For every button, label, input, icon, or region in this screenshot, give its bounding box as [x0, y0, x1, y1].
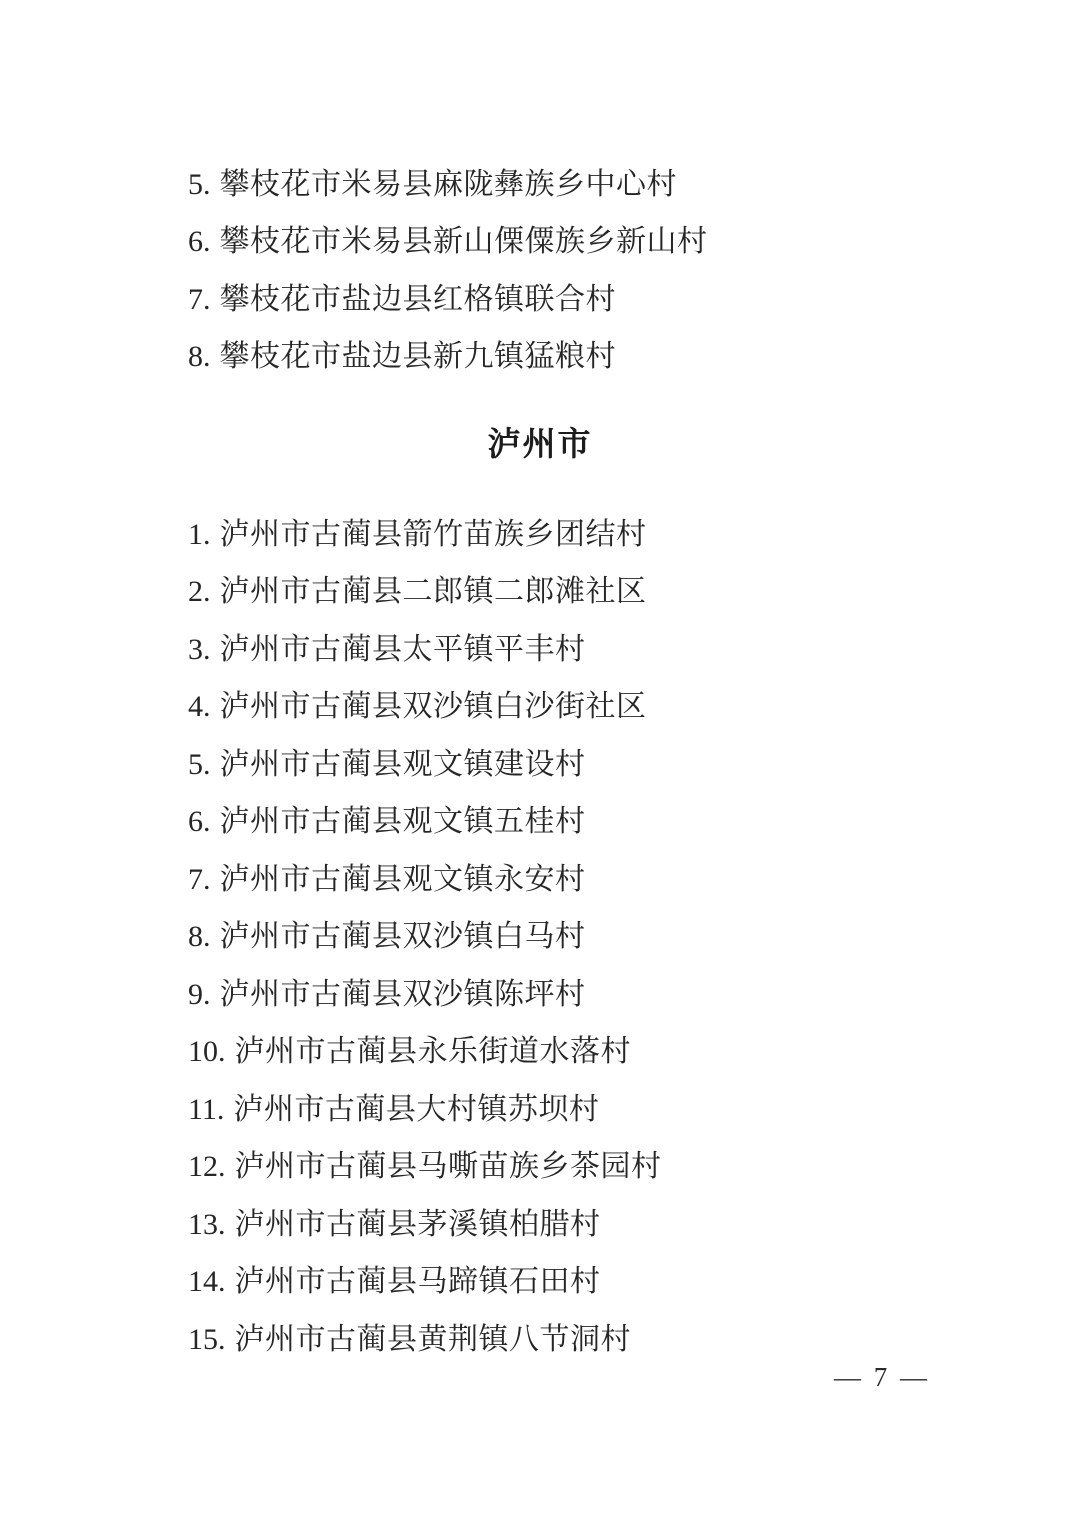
- list-item: 2. 泸州市古蔺县二郎镇二郎滩社区: [188, 564, 1020, 622]
- item-number: 14.: [188, 1267, 226, 1297]
- document-page: 5. 攀枝花市米易县麻陇彝族乡中心村 6. 攀枝花市米易县新山傈僳族乡新山村 7…: [0, 0, 1080, 1527]
- list-item: 3. 泸州市古蔺县太平镇平丰村: [188, 621, 1020, 679]
- item-number: 11.: [188, 1095, 224, 1125]
- item-number: 8.: [188, 922, 211, 952]
- page-number: — 7 —: [834, 1362, 930, 1393]
- list-item: 8. 泸州市古蔺县双沙镇白马村: [188, 909, 1020, 967]
- item-number: 5.: [188, 170, 211, 200]
- item-number: 10.: [188, 1037, 226, 1067]
- item-number: 5.: [188, 750, 211, 780]
- item-number: 4.: [188, 692, 211, 722]
- item-text: 泸州市古蔺县观文镇五桂村: [220, 807, 586, 837]
- list-item: 6. 攀枝花市米易县新山傈僳族乡新山村: [188, 214, 1020, 272]
- item-text: 泸州市古蔺县马蹄镇石田村: [235, 1267, 601, 1297]
- item-number: 9.: [188, 980, 211, 1010]
- item-text: 攀枝花市盐边县红格镇联合村: [220, 285, 617, 315]
- item-text: 攀枝花市米易县麻陇彝族乡中心村: [220, 170, 678, 200]
- section-heading-luzhou: 泸州市: [0, 419, 1080, 469]
- list-item: 6. 泸州市古蔺县观文镇五桂村: [188, 794, 1020, 852]
- list-item: 7. 攀枝花市盐边县红格镇联合村: [188, 271, 1020, 329]
- item-number: 3.: [188, 635, 211, 665]
- item-text: 泸州市古蔺县黄荆镇八节洞村: [235, 1325, 632, 1355]
- item-text: 泸州市古蔺县观文镇建设村: [220, 750, 586, 780]
- item-text: 泸州市古蔺县二郎镇二郎滩社区: [220, 577, 647, 607]
- item-number: 7.: [188, 865, 211, 895]
- item-text: 攀枝花市米易县新山傈僳族乡新山村: [220, 227, 708, 257]
- list-item: 15. 泸州市古蔺县黄荆镇八节洞村: [188, 1311, 1020, 1369]
- item-number: 6.: [188, 227, 211, 257]
- item-number: 6.: [188, 807, 211, 837]
- list-item: 8. 攀枝花市盐边县新九镇猛粮村: [188, 329, 1020, 387]
- item-number: 15.: [188, 1325, 226, 1355]
- item-number: 7.: [188, 285, 211, 315]
- panzhihua-village-list: 5. 攀枝花市米易县麻陇彝族乡中心村 6. 攀枝花市米易县新山傈僳族乡新山村 7…: [188, 156, 1020, 386]
- list-item: 12. 泸州市古蔺县马嘶苗族乡茶园村: [188, 1139, 1020, 1197]
- list-item: 5. 攀枝花市米易县麻陇彝族乡中心村: [188, 156, 1020, 214]
- item-text: 泸州市古蔺县太平镇平丰村: [220, 635, 586, 665]
- item-text: 泸州市古蔺县大村镇苏坝村: [233, 1095, 599, 1125]
- luzhou-village-list: 1. 泸州市古蔺县箭竹苗族乡团结村 2. 泸州市古蔺县二郎镇二郎滩社区 3. 泸…: [188, 506, 1020, 1369]
- list-item: 4. 泸州市古蔺县双沙镇白沙街社区: [188, 679, 1020, 737]
- item-text: 泸州市古蔺县茅溪镇柏腊村: [235, 1210, 601, 1240]
- item-text: 泸州市古蔺县箭竹苗族乡团结村: [220, 520, 647, 550]
- item-number: 12.: [188, 1152, 226, 1182]
- list-item: 1. 泸州市古蔺县箭竹苗族乡团结村: [188, 506, 1020, 564]
- item-text: 攀枝花市盐边县新九镇猛粮村: [220, 342, 617, 372]
- item-number: 2.: [188, 577, 211, 607]
- item-number: 1.: [188, 520, 211, 550]
- item-number: 13.: [188, 1210, 226, 1240]
- item-text: 泸州市古蔺县双沙镇陈坪村: [220, 980, 586, 1010]
- item-text: 泸州市古蔺县双沙镇白马村: [220, 922, 586, 952]
- item-text: 泸州市古蔺县观文镇永安村: [220, 865, 586, 895]
- list-item: 14. 泸州市古蔺县马蹄镇石田村: [188, 1254, 1020, 1312]
- list-item: 5. 泸州市古蔺县观文镇建设村: [188, 736, 1020, 794]
- item-text: 泸州市古蔺县双沙镇白沙街社区: [220, 692, 647, 722]
- item-text: 泸州市古蔺县马嘶苗族乡茶园村: [235, 1152, 662, 1182]
- item-number: 8.: [188, 342, 211, 372]
- list-item: 9. 泸州市古蔺县双沙镇陈坪村: [188, 966, 1020, 1024]
- list-item: 10. 泸州市古蔺县永乐街道水落村: [188, 1024, 1020, 1082]
- item-text: 泸州市古蔺县永乐街道水落村: [235, 1037, 632, 1067]
- list-item: 13. 泸州市古蔺县茅溪镇柏腊村: [188, 1196, 1020, 1254]
- list-item: 7. 泸州市古蔺县观文镇永安村: [188, 851, 1020, 909]
- list-item: 11. 泸州市古蔺县大村镇苏坝村: [188, 1081, 1020, 1139]
